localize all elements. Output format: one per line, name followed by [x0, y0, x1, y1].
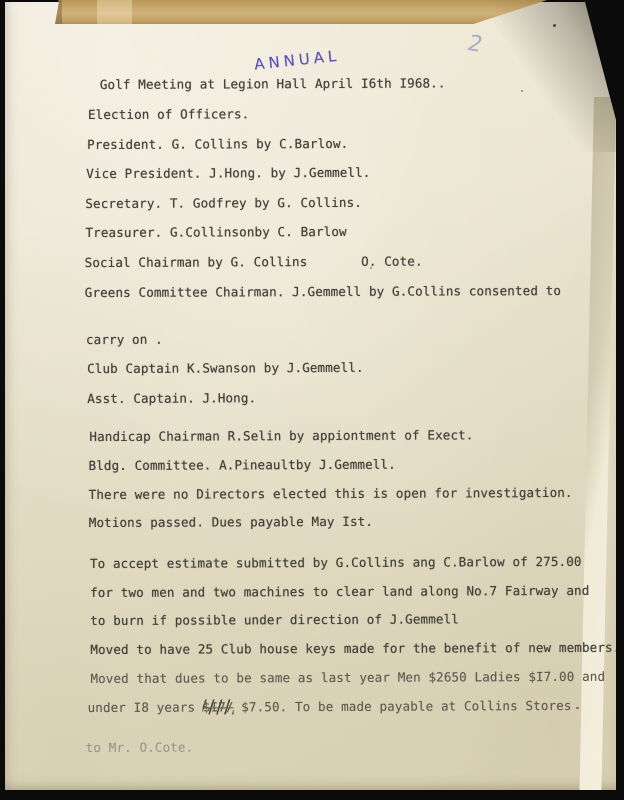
paper-speck — [521, 90, 523, 92]
typed-line: Greens Committee Chairman. J.Gemmell by … — [85, 283, 561, 300]
typed-line: There were no Directors elected this is … — [89, 485, 573, 502]
typed-line: Asst. Captain. J.Hong. — [87, 390, 256, 406]
typed-line: Club Captain K.Swanson by J.Gemmell. — [87, 360, 364, 376]
typed-text-block: Golf Meeting at Legion Hall April I6th I… — [4, 0, 618, 790]
paper-speck — [576, 707, 579, 709]
typed-line: Secretary. T. Godfrey by G. Collins. — [85, 195, 362, 211]
paper-speck — [370, 267, 372, 269]
typed-line: Vice President. J.Hong. by J.Gemmell. — [86, 165, 370, 181]
typed-line: President. G. Collins by C.Barlow. — [87, 136, 348, 152]
document-page: Golf Meeting at Legion Hall April I6th I… — [5, 2, 616, 790]
typed-line: To accept estimate submitted by G.Collin… — [90, 554, 582, 571]
typed-line: carry on . — [86, 332, 163, 347]
scanned-document: Golf Meeting at Legion Hall April I6th I… — [0, 0, 624, 800]
tape-strip — [52, 0, 549, 24]
typed-line: Bldg. Committee. A.Pineaultby J.Gemmell. — [88, 457, 395, 473]
typed-line: for two men and two machines to clear la… — [90, 583, 589, 600]
typed-line-dues: under I8 years $I7/ $7.50. To be made pa… — [88, 698, 572, 715]
dues-text-before: under I8 years — [88, 700, 203, 716]
typed-line: Motions passed. Dues payable May Ist. — [89, 514, 373, 530]
typed-line: Moved to have 25 Club house keys made fo… — [90, 640, 620, 657]
typed-line: Handicap Chairman R.Selin by appiontment… — [89, 427, 473, 444]
typed-line: Treasurer. G.Collinsonby C. Barlow — [85, 224, 346, 240]
struck-out-amount: $I7/ — [203, 699, 234, 714]
typed-line: Election of Officers. — [88, 106, 249, 122]
typed-line: Moved that dues to be same as last year … — [90, 669, 605, 686]
typed-line: to burn if possible under direction of J… — [90, 611, 459, 628]
dues-text-after: $7.50. To be made payable at Collins Sto… — [233, 698, 571, 714]
paper-speck — [553, 24, 556, 27]
typed-line-faded: to Mr. O.Cote. — [86, 740, 194, 755]
typed-line-title: Golf Meeting at Legion Hall April I6th I… — [100, 75, 446, 92]
